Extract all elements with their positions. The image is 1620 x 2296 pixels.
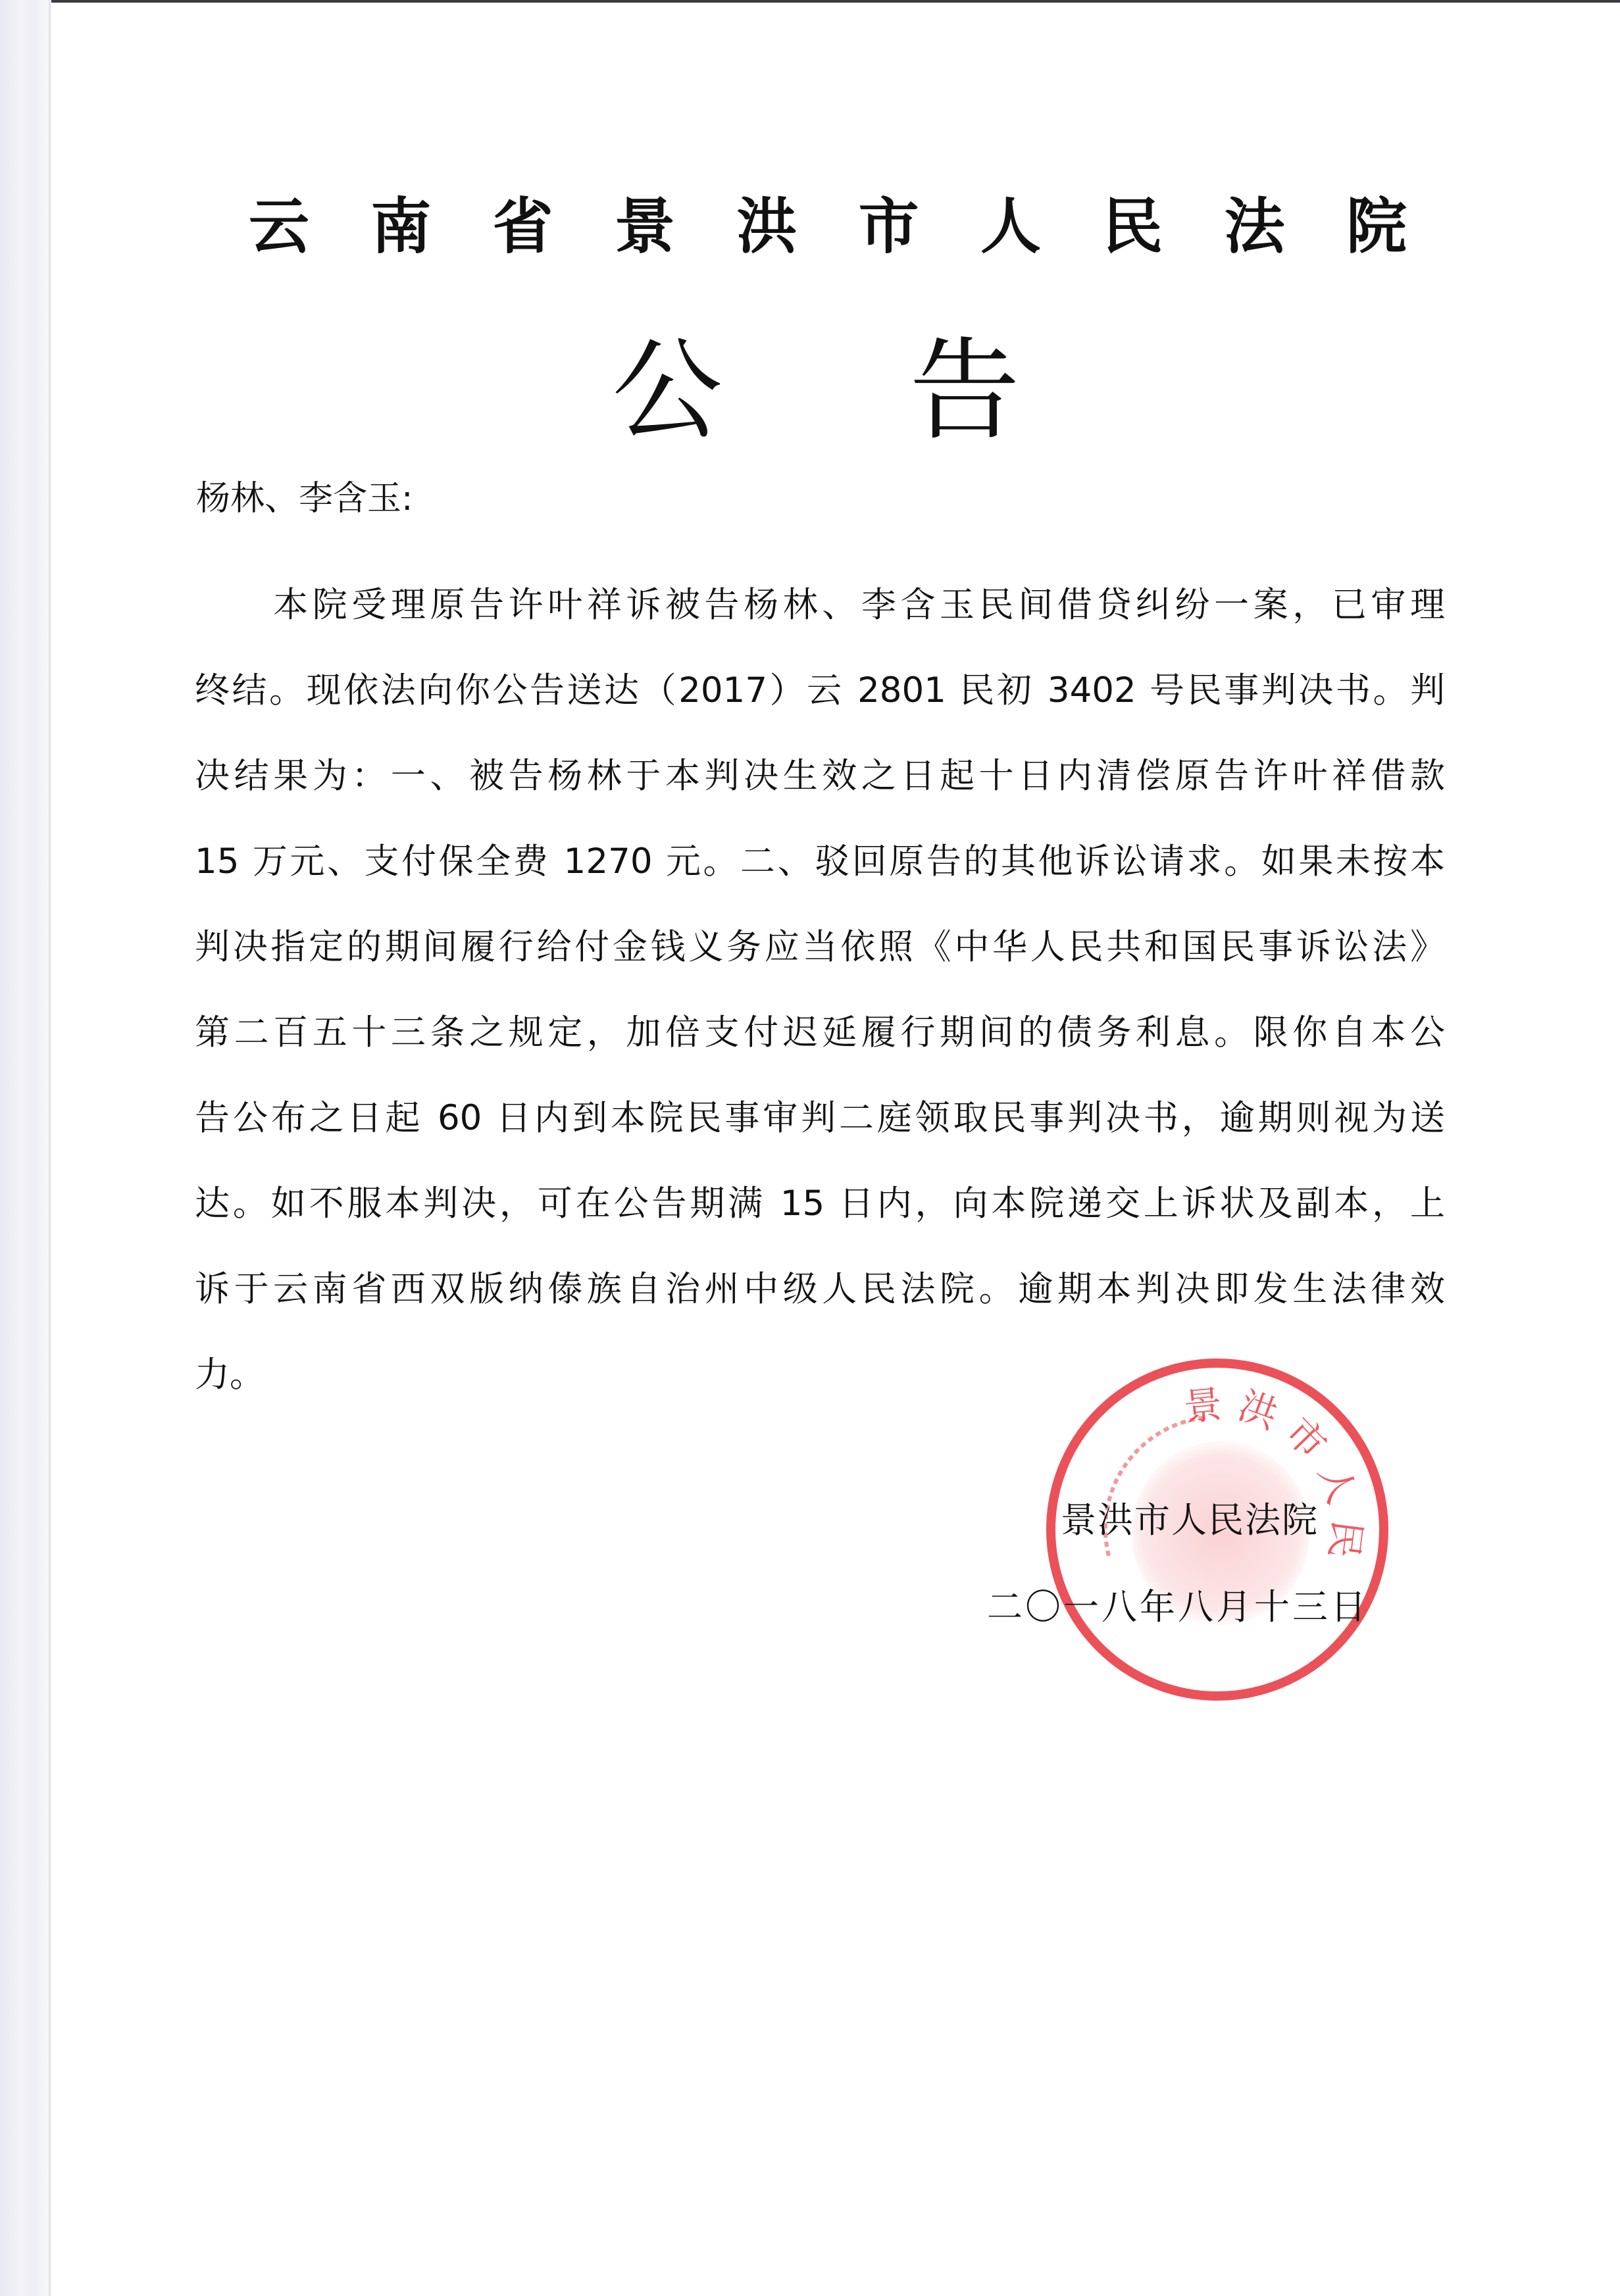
body-line: 判决指定的期间履行给付金钱义务应当依照《中华人民共和国民事诉讼法》 xyxy=(195,905,1445,990)
court-title-char: 云 xyxy=(249,178,309,265)
court-title-char: 院 xyxy=(1346,178,1407,265)
body-line: 本院受理原告许叶祥诉被告杨林、李含玉民间借贷纠纷一案，已审理 xyxy=(195,562,1445,648)
body-line: 告公布之日起 60 日内到本院民事审判二庭领取民事判决书，逾期则视为送 xyxy=(195,1076,1445,1161)
notice-title-char: 告 xyxy=(909,303,1020,461)
court-title-char: 民 xyxy=(1102,178,1163,265)
addressee: 杨林、李含玉: xyxy=(196,470,413,520)
body-line: 诉于云南省西双版纳傣族自治州中级人民法院。逾期本判决即发生法律效 xyxy=(195,1247,1445,1332)
notice-body: 本院受理原告许叶祥诉被告杨林、李含玉民间借贷纠纷一案，已审理 终结。现依法向你公… xyxy=(195,562,1445,1418)
court-title-char: 景 xyxy=(615,178,675,265)
body-line: 终结。现依法向你公告送达（2017）云 2801 民初 3402 号民事判决书。… xyxy=(195,648,1445,734)
body-line: 第二百五十三条之规定，加倍支付迟延履行期间的债务利息。限你自本公 xyxy=(195,990,1445,1076)
court-title-char: 南 xyxy=(370,178,431,265)
scan-left-edge xyxy=(0,0,51,2296)
court-title: 云 南 省 景 洪 市 人 民 法 院 xyxy=(249,186,1407,258)
notice-title: 公 告 xyxy=(612,322,1020,441)
notice-title-char: 公 xyxy=(612,303,722,461)
court-title-char: 人 xyxy=(980,178,1041,265)
court-title-char: 洪 xyxy=(736,178,797,265)
body-line: 决结果为：一、被告杨林于本判决生效之日起十日内清偿原告许叶祥借款 xyxy=(195,734,1445,819)
scan-left-edge-line xyxy=(49,0,51,2296)
signature-date: 二〇一八年八月十三日 xyxy=(987,1579,1369,1630)
court-title-char: 市 xyxy=(859,178,919,265)
scan-top-edge xyxy=(0,0,1620,3)
body-line: 达。如不服本判决，可在公告期满 15 日内，向本院递交上诉状及副本，上 xyxy=(195,1161,1445,1247)
court-title-char: 省 xyxy=(493,178,553,265)
court-title-char: 法 xyxy=(1225,178,1285,265)
signature-court-name: 景洪市人民法院 xyxy=(1061,1492,1319,1543)
body-line: 15 万元、支付保全费 1270 元。二、驳回原告的其他诉讼请求。如果未按本 xyxy=(195,819,1445,905)
